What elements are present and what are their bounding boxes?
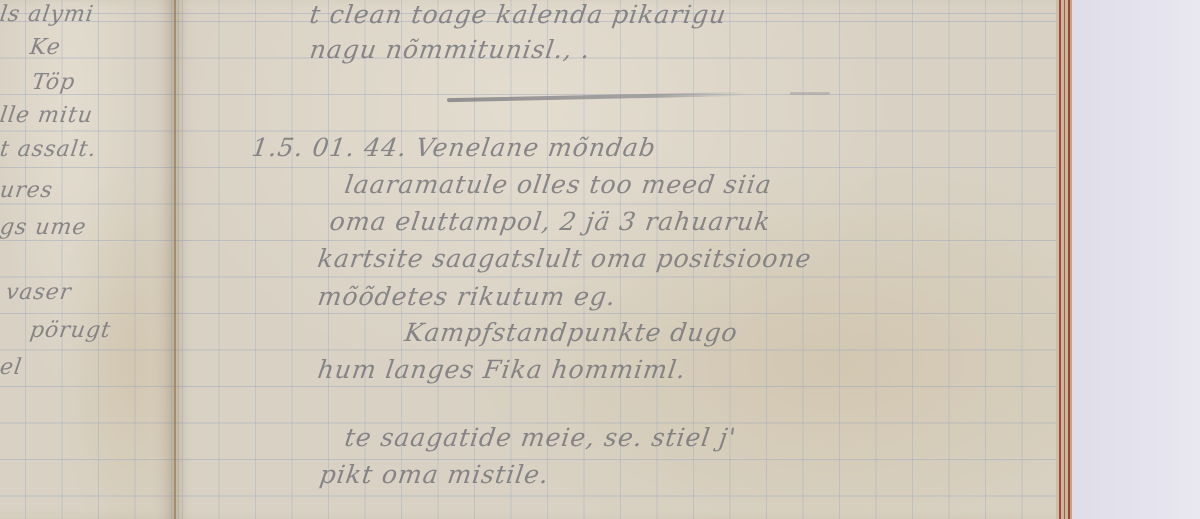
handwritten-line: lle mitu [0,103,95,128]
handwritten-line: oma eluttampol, 2 jä 3 rahuaruk [328,207,773,236]
handwritten-line: kartsite saagatslult oma positsioone [316,244,814,273]
handwritten-line: mõõdetes rikutum eg. [316,282,618,311]
handwritten-line: te saagatide meie, se. stiel j' [343,423,738,452]
handwritten-line: gs ume [0,215,88,240]
handwritten-line: laaramatule olles too meed siia [343,170,774,199]
handwritten-date-entry: 1.5. 01. 44. Venelane mõndab [250,133,658,162]
red-page-edge [1056,0,1072,519]
handwritten-line: pörugt [28,318,112,343]
handwritten-line: Ke [28,35,62,60]
handwritten-line: Kampfstandpunkte dugo [403,318,740,347]
handwritten-line: ures [0,178,55,203]
handwritten-line: Töp [30,70,77,95]
handwritten-line: vaser [4,280,73,305]
left-notebook-page: ls alymi Ke Töp lle mitu t assalt. ures … [0,0,176,519]
background-surface [1072,0,1200,519]
handwritten-line: t clean toage kalenda pikarigu [308,0,728,29]
pencil-separator-stroke [790,92,830,95]
handwritten-line: pikt oma mistile. [318,460,551,489]
handwritten-line: hum langes Fika hommiml. [316,355,688,384]
handwritten-line: nagu nõmmitunisl., . [308,35,593,64]
handwritten-line: t assalt. [0,137,98,162]
handwritten-line: el [0,355,24,380]
handwritten-line: ls alymi [0,2,96,27]
